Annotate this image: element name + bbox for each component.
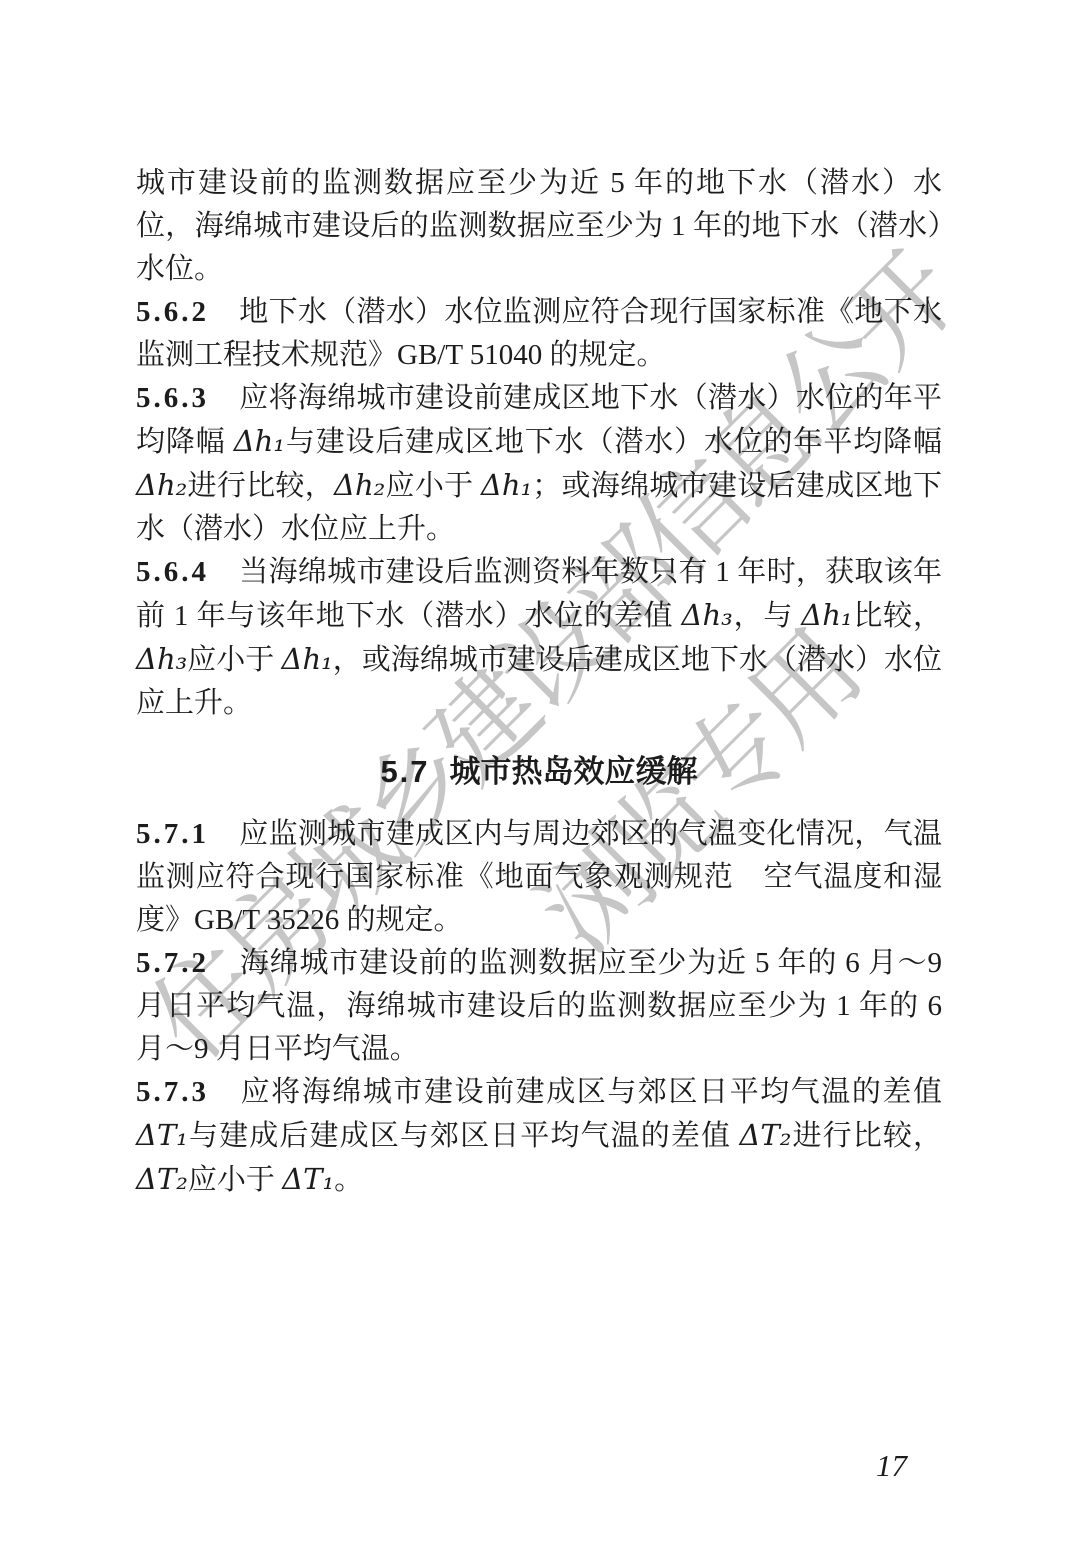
math-expression: Δh₂ (136, 468, 187, 502)
math-expression: Δh₃ (136, 642, 187, 676)
clause-5-6-3: 5.6.3应将海绵城市建设前建成区地下水（潜水）水位的年平均降幅 Δh₁与建设后… (136, 377, 942, 551)
clause-5-7-2: 5.7.2海绵城市建设前的监测数据应至少为近 5 年的 6 月～9 月日平均气温… (136, 942, 942, 1071)
math-expression: ΔT₂ (136, 1162, 188, 1196)
text-run: 地下水（潜水）水位监测应符合现行国家标准《地下水监测工程技术规范》GB/T 51… (136, 296, 942, 371)
text-run: 进行比较， (791, 1120, 942, 1152)
text-run: 应小于 (187, 644, 281, 676)
text-run: 城市建设前的监测数据应至少为近 5 年的地下水（潜水）水位，海绵城市建设后的监测… (136, 167, 942, 285)
text-run: ，与 (733, 600, 802, 632)
clause-5-6-2: 5.6.2地下水（潜水）水位监测应符合现行国家标准《地下水监测工程技术规范》GB… (136, 291, 942, 377)
text-run: 应将海绵城市建设前建成区与郊区日平均气温的差值 (239, 1076, 942, 1108)
math-expression: Δh₁ (282, 642, 333, 676)
text-run: 应小于 (385, 470, 481, 502)
clause-number: 5.7.3 (136, 1076, 209, 1108)
math-expression: Δh₂ (334, 468, 385, 502)
section-heading: 5.7城市热岛效应缓解 (136, 750, 942, 793)
paragraph-continuation: 城市建设前的监测数据应至少为近 5 年的地下水（潜水）水位，海绵城市建设后的监测… (136, 162, 942, 291)
text-run: 海绵城市建设前的监测数据应至少为近 5 年的 6 月～9 月日平均气温，海绵城市… (136, 947, 942, 1065)
math-expression: Δh₁ (234, 424, 285, 458)
math-expression: Δh₁ (801, 598, 852, 632)
text-run: 。 (334, 1164, 363, 1196)
math-expression: ΔT₁ (282, 1162, 334, 1196)
clause-number: 5.6.3 (136, 382, 209, 414)
text-run: 比较， (853, 600, 942, 632)
clause-5-6-4: 5.6.4当海绵城市建设后监测资料年数只有 1 年时，获取该年前 1 年与该年地… (136, 551, 942, 725)
math-expression: ΔT₁ (136, 1118, 188, 1152)
text-run: 应小于 (188, 1164, 282, 1196)
clause-number: 5.7.2 (136, 947, 209, 979)
clause-number: 5.6.2 (136, 296, 209, 328)
clause-5-7-1: 5.7.1应监测城市建成区内与周边郊区的气温变化情况，气温监测应符合现行国家标准… (136, 813, 942, 942)
clause-number: 5.6.4 (136, 556, 209, 588)
math-expression: Δh₁ (481, 468, 532, 502)
math-expression: Δh₃ (682, 598, 733, 632)
math-expression: ΔT₂ (739, 1118, 791, 1152)
text-run: 进行比较， (187, 470, 334, 502)
section-heading-title: 城市热岛效应缓解 (450, 754, 698, 789)
document-body: 城市建设前的监测数据应至少为近 5 年的地下水（潜水）水位，海绵城市建设后的监测… (136, 162, 942, 1202)
page-number: 17 (876, 1448, 907, 1484)
clause-5-7-3: 5.7.3应将海绵城市建设前建成区与郊区日平均气温的差值 ΔT₁与建成后建成区与… (136, 1071, 942, 1202)
text-run: 与建设后建成区地下水（潜水）水位的年平均降幅 (285, 426, 942, 458)
clause-number: 5.7.1 (136, 818, 209, 850)
text-run: 应监测城市建成区内与周边郊区的气温变化情况，气温监测应符合现行国家标准《地面气象… (136, 818, 942, 936)
text-run: 与建成后建成区与郊区日平均气温的差值 (188, 1120, 740, 1152)
document-page: 住房城乡建设部信息公开 浏览专用 城市建设前的监测数据应至少为近 5 年的地下水… (0, 0, 1080, 1564)
section-heading-number: 5.7 (380, 754, 429, 789)
